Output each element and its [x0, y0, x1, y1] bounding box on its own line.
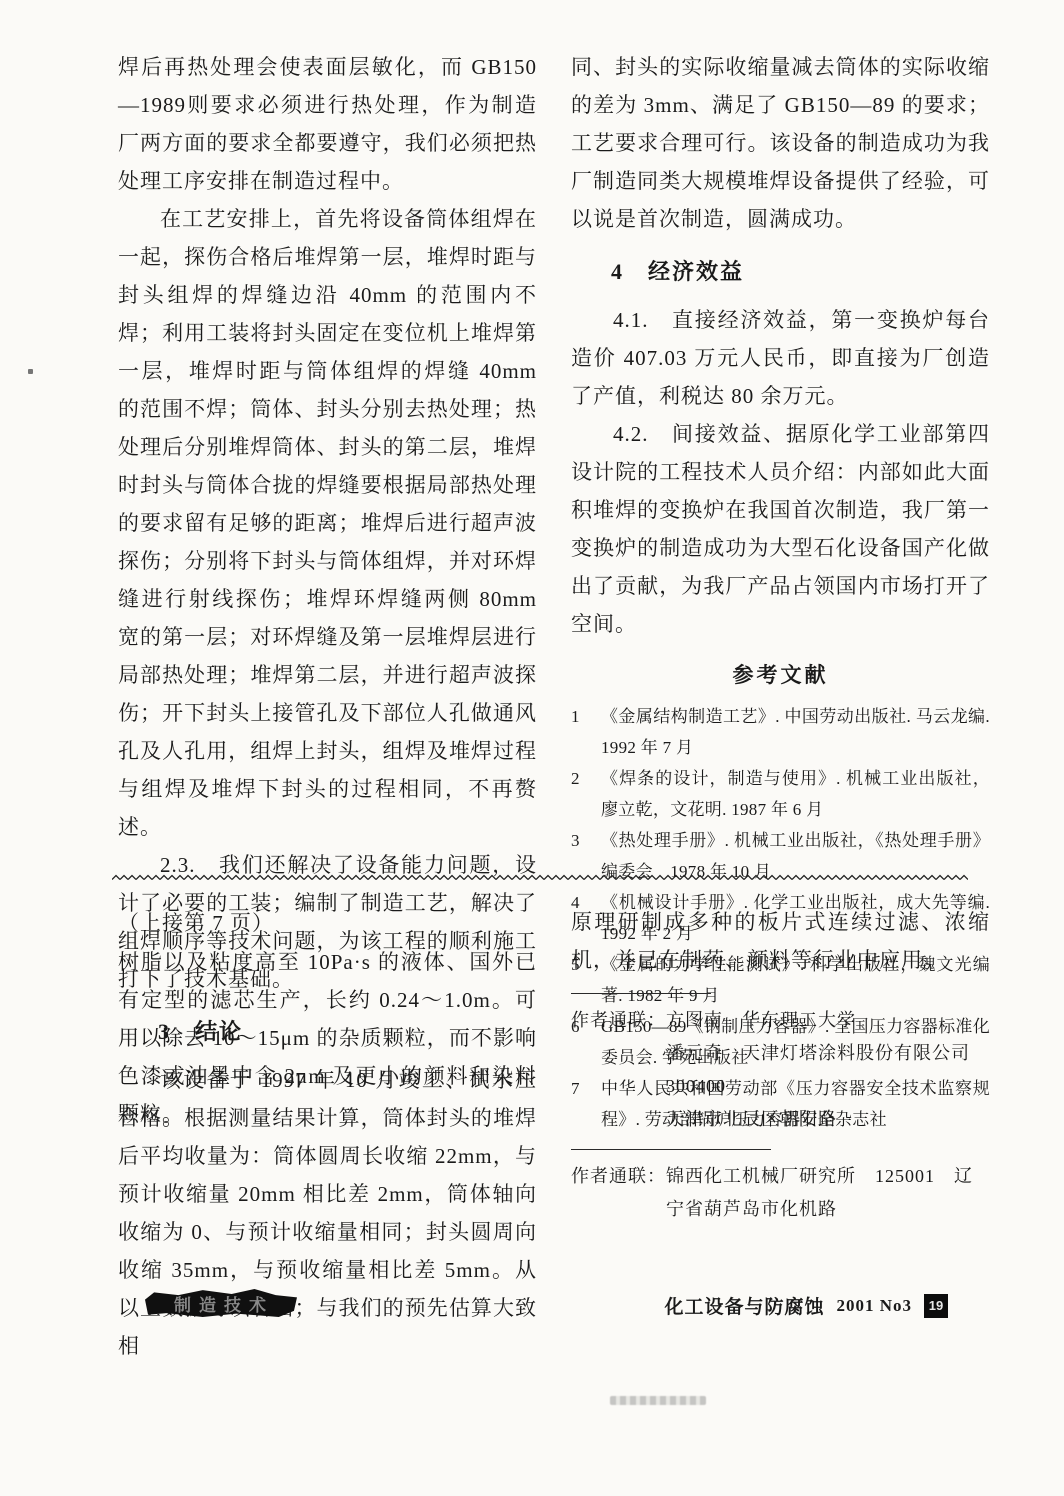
- reference-number: 2: [571, 763, 601, 794]
- reference-item: 2 《焊条的设计，制造与使用》. 机械工业出版社，廖立乾，文花明. 1987 年…: [571, 763, 990, 825]
- contact-divider-line: [571, 1149, 771, 1150]
- author-contact-label: 作者通联：: [571, 1160, 666, 1193]
- author-line: 方图南 华东理工大学: [666, 1004, 990, 1037]
- paragraph-conclusion-continued: 同、封头的实际收缩量减去筒体的实际收缩的差为 3mm、满足了 GB150—89 …: [571, 48, 990, 238]
- author-contact-text: 锦西化工机械厂研究所 125001 辽宁省葫芦岛市化机路: [666, 1160, 990, 1226]
- article1-left-column: 焊后再热处理会使表面层敏化，而 GB150—1989则要求必须进行热处理，作为制…: [118, 48, 537, 1365]
- paragraph-applications: 原理研制成多种的板片式连续过滤、浓缩机，并已在制药、颜料等行业中应用。: [571, 903, 990, 979]
- wavy-section-divider: [112, 869, 968, 878]
- journal-issue: 2001 No3: [836, 1296, 912, 1316]
- article2-right-column: 原理研制成多种的板片式连续过滤、浓缩机，并已在制药、颜料等行业中应用。 作者通联…: [571, 903, 990, 1136]
- reference-text: 《金属结构制造工艺》. 中国劳动出版社. 马云龙编. 1992 年 7 月: [601, 701, 990, 763]
- article2-body: （上接第 7 页） 树脂以及粘度高至 10Pa·s 的液体、国外已有定型的滤芯生…: [118, 903, 990, 1136]
- section-heading-economic-benefit: 4 经济效益: [571, 255, 990, 286]
- paragraph-filter-cartridge: 树脂以及粘度高至 10Pa·s 的液体、国外已有定型的滤芯生产，长约 0.24～…: [118, 943, 537, 1133]
- reference-number: 1: [571, 701, 601, 732]
- author-contact-article1: 作者通联： 锦西化工机械厂研究所 125001 辽宁省葫芦岛市化机路: [571, 1160, 990, 1226]
- contact-divider-line: [571, 993, 711, 994]
- references-heading: 参考文献: [571, 659, 990, 689]
- author-line: 天津市北辰区朝阳路: [666, 1103, 990, 1136]
- scan-smudge-artifact: [610, 1396, 706, 1405]
- page-number-badge: 19: [924, 1294, 948, 1318]
- article2-left-column: （上接第 7 页） 树脂以及粘度高至 10Pa·s 的液体、国外已有定型的滤芯生…: [118, 903, 537, 1136]
- paragraph-4-1: 4.1. 直接经济效益，第一变换炉每台造价 407.03 万元人民币，即直接为厂…: [571, 301, 990, 415]
- reference-item: 1 《金属结构制造工艺》. 中国劳动出版社. 马云龙编. 1992 年 7 月: [571, 701, 990, 763]
- author-line: 潘元奇 天津灯塔涂料股份有限公司 300400: [666, 1037, 990, 1103]
- article1-right-column: 同、封头的实际收缩量减去筒体的实际收缩的差为 3mm、满足了 GB150—89 …: [571, 48, 990, 1365]
- author-contact-article2: 作者通联： 方图南 华东理工大学 潘元奇 天津灯塔涂料股份有限公司 300400…: [571, 1004, 990, 1136]
- author-contact-label: 作者通联：: [571, 1004, 666, 1037]
- paragraph-continued: 焊后再热处理会使表面层敏化，而 GB150—1989则要求必须进行热处理，作为制…: [118, 48, 537, 200]
- section-banner-label: 制造技术: [174, 1291, 274, 1316]
- reference-number: 3: [571, 825, 601, 856]
- article1-body: 焊后再热处理会使表面层敏化，而 GB150—1989则要求必须进行热处理，作为制…: [118, 48, 990, 1365]
- journal-title: 化工设备与防腐蚀: [664, 1292, 824, 1319]
- reference-text: 《焊条的设计，制造与使用》. 机械工业出版社，廖立乾，文花明. 1987 年 6…: [601, 763, 990, 825]
- author-contact-lines: 方图南 华东理工大学 潘元奇 天津灯塔涂料股份有限公司 300400 天津市北辰…: [666, 1004, 990, 1136]
- continued-from-page-note: （上接第 7 页）: [118, 903, 537, 943]
- scan-speck-artifact: [28, 369, 33, 374]
- scanned-journal-page: 焊后再热处理会使表面层敏化，而 GB150—1989则要求必须进行热处理，作为制…: [0, 0, 1064, 1496]
- paragraph-process-plan: 在工艺安排上，首先将设备筒体组焊在一起，探伤合格后堆焊第一层，堆焊时距与封头组焊…: [118, 200, 537, 846]
- paragraph-4-2: 4.2. 间接效益、据原化学工业部第四设计院的工程技术人员介绍：内部如此大面积堆…: [571, 415, 990, 643]
- journal-footer: 化工设备与防腐蚀 2001 No3 19: [664, 1292, 948, 1319]
